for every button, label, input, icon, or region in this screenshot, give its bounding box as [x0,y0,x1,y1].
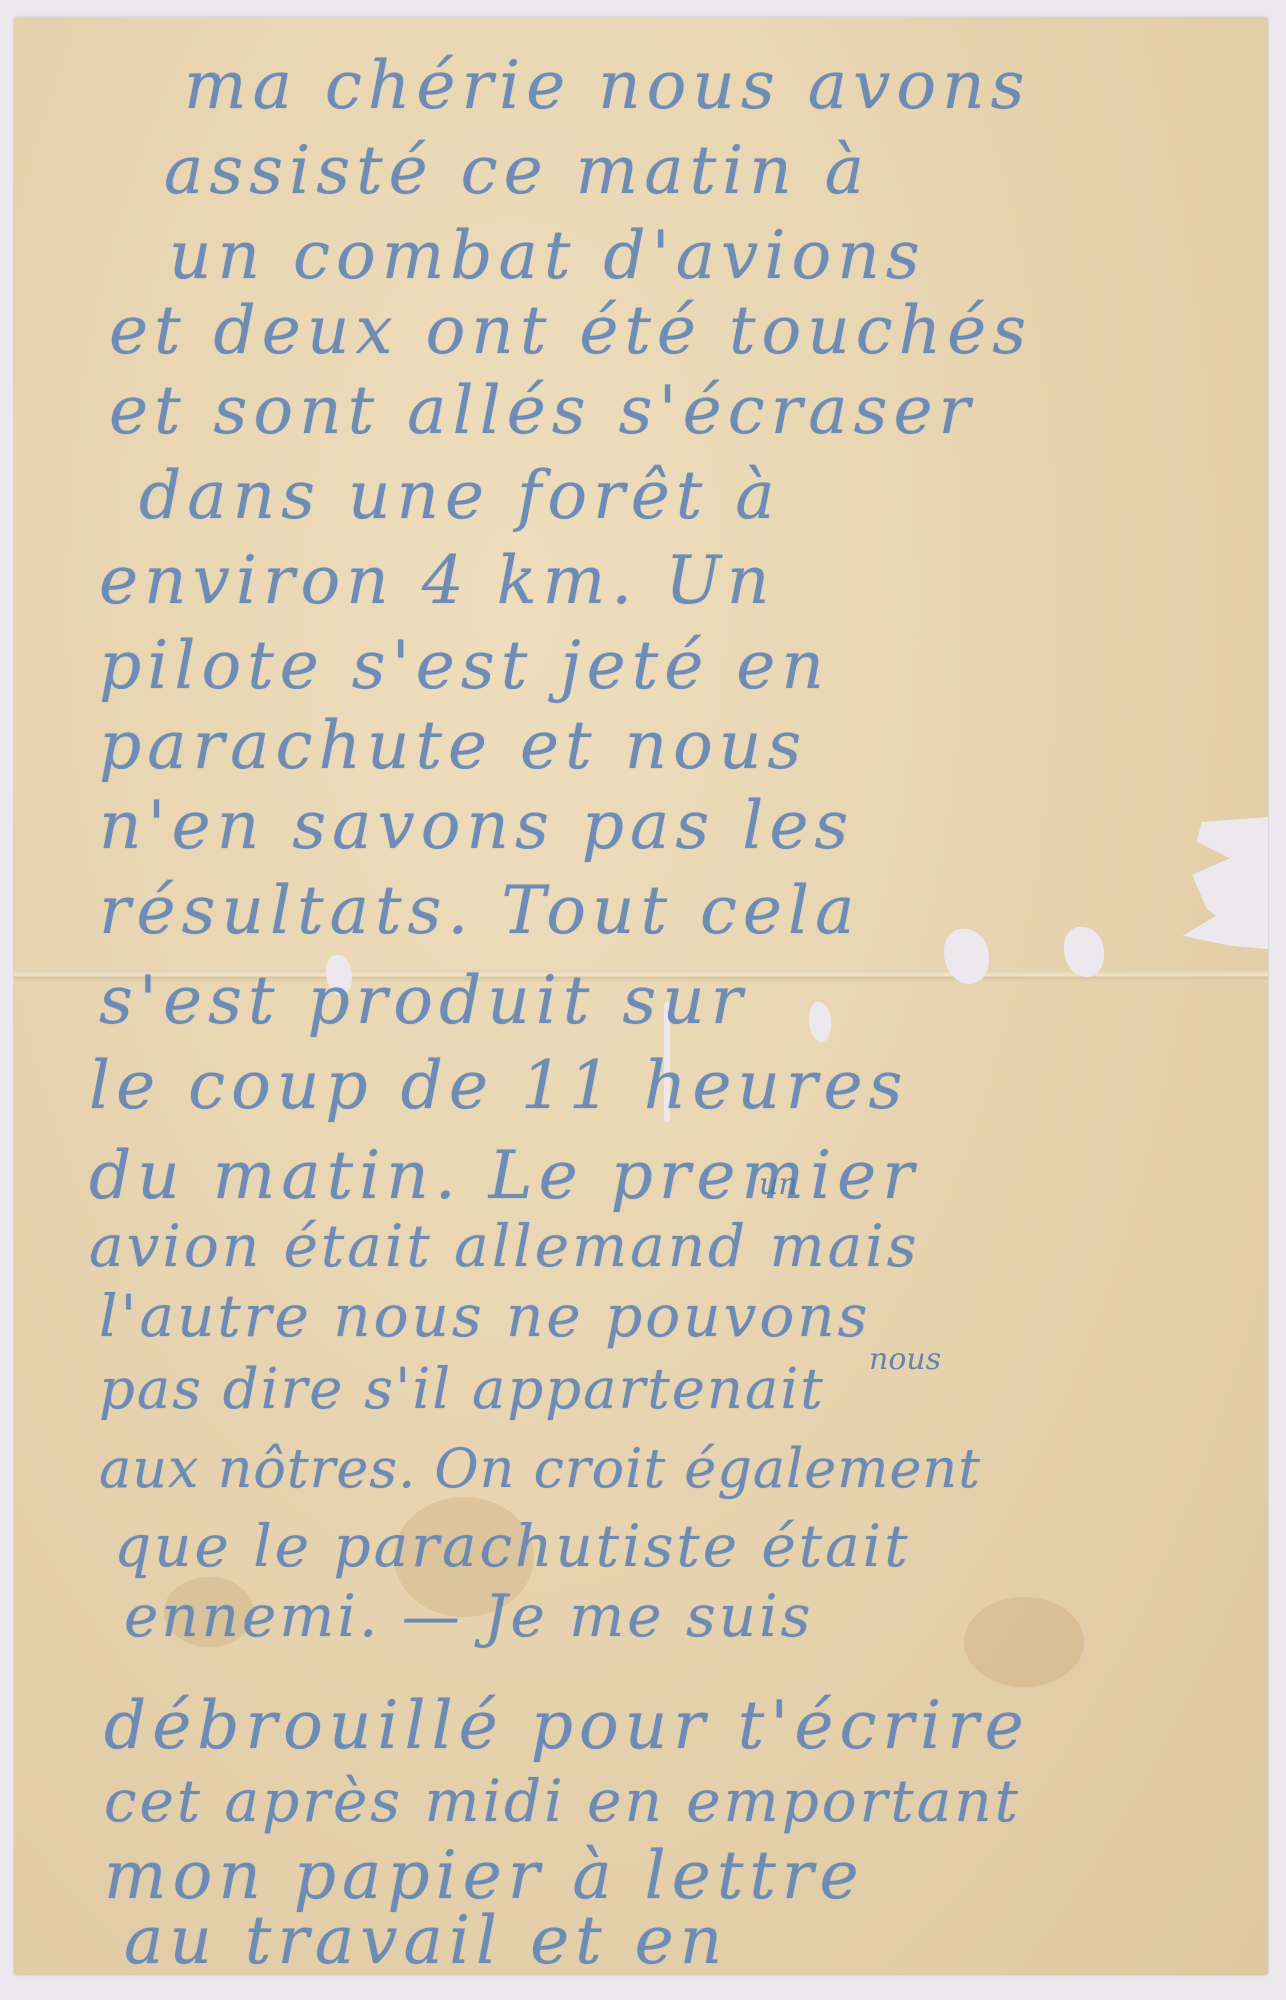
text-line: un combat d'avions [169,217,926,294]
text-line: assisté ce matin à [164,132,870,209]
text-line: au travail et en [124,1902,728,1979]
interlinear-insertion: nous [869,1342,941,1377]
text-line: le coup de 11 heures [89,1047,908,1124]
text-line: et deux ont été touchés [109,292,1032,369]
text-line: n'en savons pas les [99,787,854,864]
text-line: dans une forêt à [139,457,781,534]
handwritten-text: ma chérie nous avons assisté ce matin à … [14,17,1268,1975]
text-line: et sont allés s'écraser [109,372,976,449]
text-line: ma chérie nous avons [184,47,1030,124]
text-line: avion était allemand mais [89,1212,920,1280]
text-line: que le parachutiste était [114,1512,911,1580]
text-line: s'est produit sur [99,962,748,1039]
text-line: résultats. Tout cela [99,872,860,949]
letter-page: ma chérie nous avons assisté ce matin à … [14,17,1268,1975]
text-line: ennemi. — Je me suis [124,1582,813,1650]
text-line: aux nôtres. On croit également [99,1437,981,1500]
text-line: parachute et nous [99,707,807,784]
text-line: pas dire s'il appartenait [99,1357,825,1422]
text-line: environ 4 km. Un [99,542,775,619]
text-line: cet après midi en emportant [104,1767,1021,1835]
text-line: pilote s'est jeté en [99,627,830,704]
interlinear-insertion: un [759,1167,798,1202]
text-line: l'autre nous ne pouvons [99,1282,870,1350]
text-line: débrouillé pour t'écrire [104,1687,1030,1764]
